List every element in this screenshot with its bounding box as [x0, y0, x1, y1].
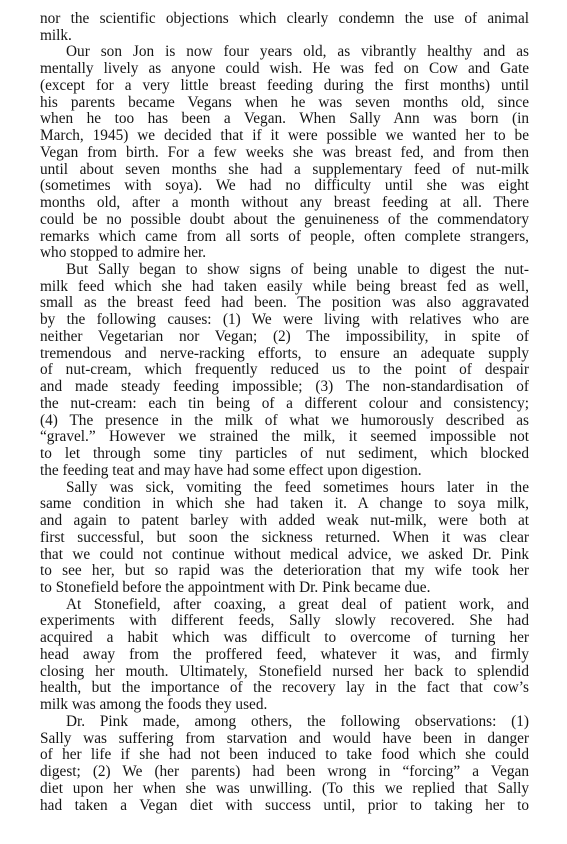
paragraph-son-jon: Our son Jon is now four years old, as vi…	[40, 44, 529, 262]
text-line: the feeding teat and may have had some e…	[40, 463, 529, 480]
paragraph-sally-sick: Sally was sick, vomiting the feed someti…	[40, 480, 529, 597]
text-line: At Stonefield, after coaxing, a great de…	[40, 597, 529, 614]
text-line: diet upon her when she was unwilling. (T…	[40, 781, 529, 798]
text-line: acquired a habit which was difficult to …	[40, 630, 529, 647]
text-line: first successful, but soon the sickness …	[40, 530, 529, 547]
text-line: Our son Jon is now four years old, as vi…	[40, 44, 529, 61]
text-line: health, but the importance of the recove…	[40, 680, 529, 697]
text-line: his parents became Vegans when he was se…	[40, 95, 529, 112]
text-line: remarks which came from all sorts of peo…	[40, 229, 529, 246]
text-line: March, 1945) we decided that if it were …	[40, 128, 529, 145]
text-line: of her life if she had not been induced …	[40, 747, 529, 764]
text-line: and made steady feeding impossible; (3) …	[40, 379, 529, 396]
document-page: nor the scientific objections which clea…	[40, 11, 529, 814]
text-line: (except for a very little breast feeding…	[40, 78, 529, 95]
text-line: But Sally began to show signs of being u…	[40, 262, 529, 279]
text-line: who stopped to admire her.	[40, 245, 529, 262]
text-line: same condition in which she had taken it…	[40, 496, 529, 513]
text-line: milk feed which she had taken easily whi…	[40, 279, 529, 296]
paragraph-stonefield: At Stonefield, after coaxing, a great de…	[40, 597, 529, 714]
text-line: Vegan from birth. For a few weeks she wa…	[40, 145, 529, 162]
text-line: months old, after a month without any br…	[40, 195, 529, 212]
text-line: to let through some tiny particles of nu…	[40, 446, 529, 463]
text-line: the nut-cream: each tin being of a diffe…	[40, 396, 529, 413]
text-line: could be no possible doubt about the gen…	[40, 212, 529, 229]
text-line: when he too has been a Vegan. When Sally…	[40, 111, 529, 128]
text-line: (sometimes with soya). We had no difficu…	[40, 178, 529, 195]
text-line: that we could not continue without medic…	[40, 547, 529, 564]
text-line: milk.	[40, 28, 529, 45]
text-line: experiments with different feeds, Sally …	[40, 613, 529, 630]
text-line: had taken a Vegan diet with success unti…	[40, 798, 529, 815]
text-line: Sally was suffering from starvation and …	[40, 731, 529, 748]
text-line: digest; (2) We (her parents) had been wr…	[40, 764, 529, 781]
text-line: nor the scientific objections which clea…	[40, 11, 529, 28]
text-line: closing her mouth. Ultimately, Stonefiel…	[40, 664, 529, 681]
text-line: small as the breast feed had been. The p…	[40, 295, 529, 312]
text-line: milk was among the foods they used.	[40, 697, 529, 714]
paragraph-sally-digestion: But Sally began to show signs of being u…	[40, 262, 529, 480]
text-line: Sally was sick, vomiting the feed someti…	[40, 480, 529, 497]
text-line: to Stonefield before the appointment wit…	[40, 580, 529, 597]
text-line: tremendous and nerve-racking efforts, to…	[40, 346, 529, 363]
text-line: mentally lively as anyone could wish. He…	[40, 61, 529, 78]
text-line: neither Vegetarian nor Vegan; (2) The im…	[40, 329, 529, 346]
text-line: “gravel.” However we strained the milk, …	[40, 429, 529, 446]
text-line: of nut-cream, which frequently reduced u…	[40, 362, 529, 379]
text-line: until about seven months she had a suppl…	[40, 162, 529, 179]
text-line: by the following causes: (1) We were liv…	[40, 312, 529, 329]
text-line: head away from the proffered feed, whate…	[40, 647, 529, 664]
text-line: (4) The presence in the milk of what we …	[40, 413, 529, 430]
text-line: and again to patent barley with added we…	[40, 513, 529, 530]
paragraph-continuation: nor the scientific objections which clea…	[40, 11, 529, 44]
text-line: to see her, but so rapid was the deterio…	[40, 563, 529, 580]
text-line: Dr. Pink made, among others, the followi…	[40, 714, 529, 731]
paragraph-dr-pink: Dr. Pink made, among others, the followi…	[40, 714, 529, 814]
